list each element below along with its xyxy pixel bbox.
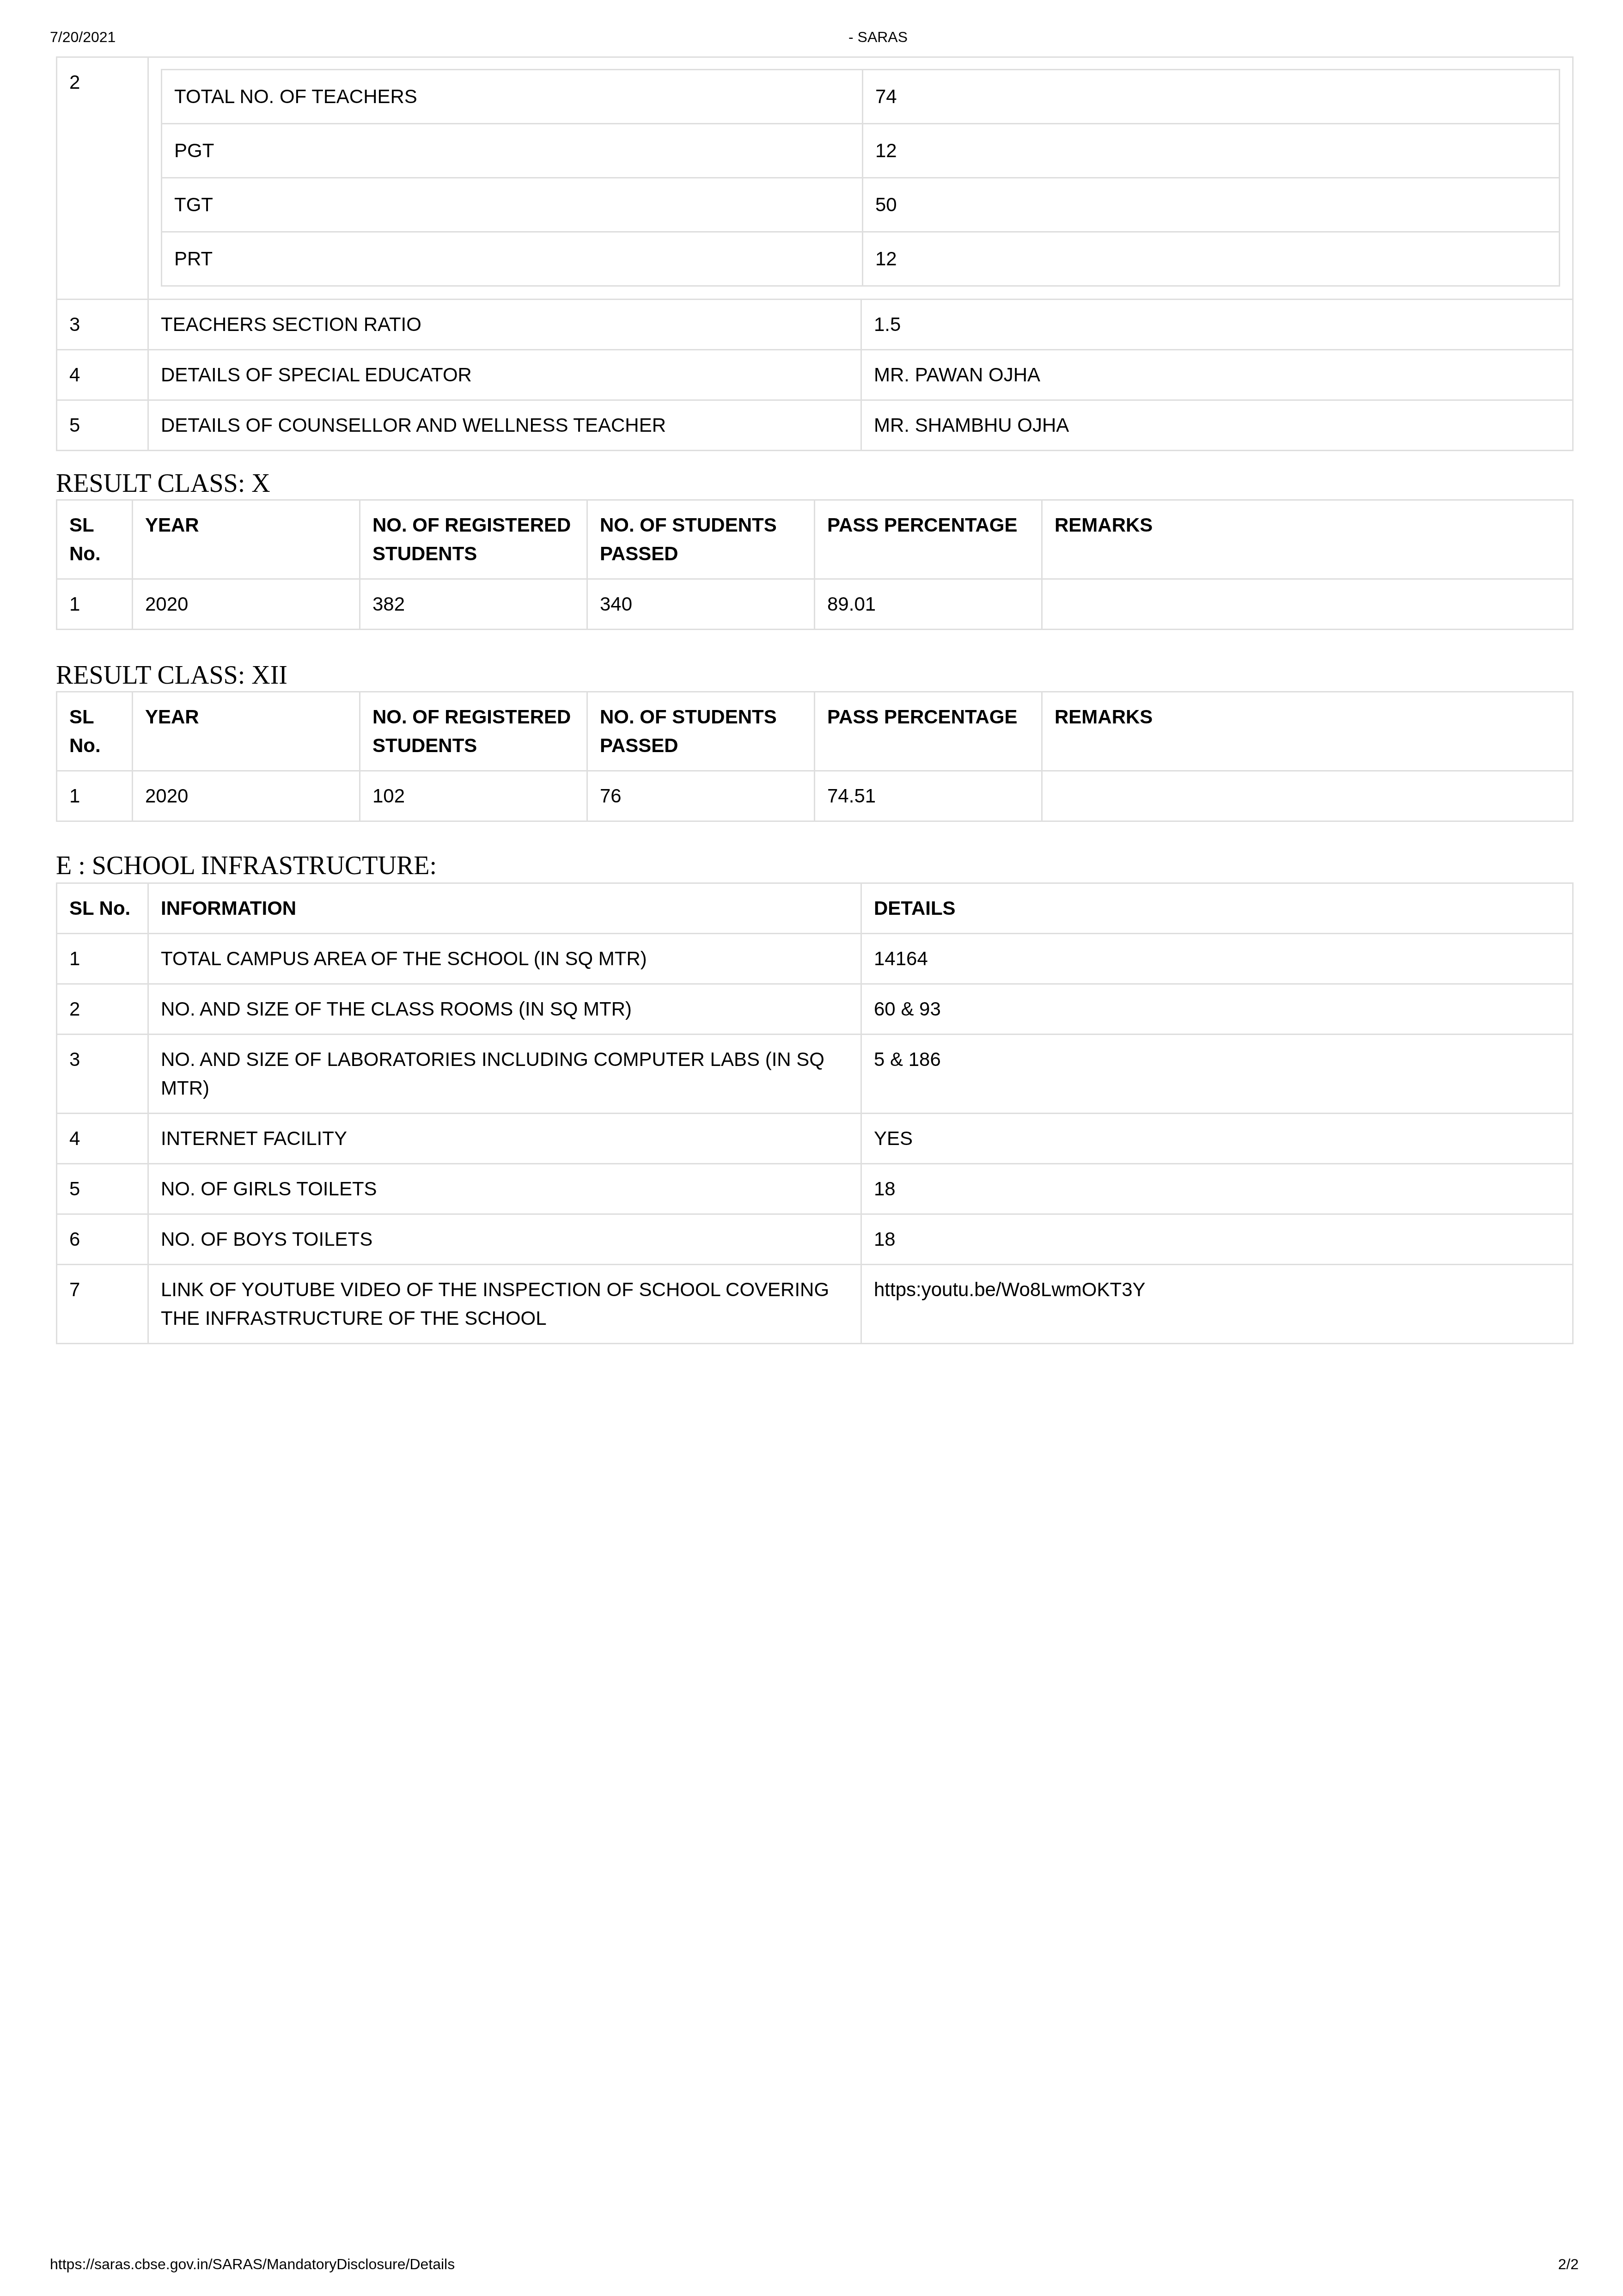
sl-cell: 5 [57, 400, 148, 451]
info-cell: TEACHERS SECTION RATIO [148, 300, 861, 350]
details-cell: https:youtu.be/Wo8LwmOKT3Y [861, 1265, 1573, 1344]
table-row: 7 LINK OF YOUTUBE VIDEO OF THE INSPECTIO… [57, 1265, 1573, 1344]
column-header: YEAR [133, 500, 360, 579]
label-cell: TGT [162, 178, 863, 232]
sl-cell: 4 [57, 1114, 148, 1164]
section-title-result-xii: RESULT CLASS: XII [56, 661, 287, 689]
section-title-infrastructure: E : SCHOOL INFRASTRUCTURE: [56, 852, 437, 880]
info-cell: NO. OF GIRLS TOILETS [148, 1164, 861, 1214]
value-cell: 74 [863, 70, 1560, 124]
teacher-count-cell: TOTAL NO. OF TEACHERS 74 PGT 12 TGT 50 [148, 57, 1573, 300]
details-cell: MR. SHAMBHU OJHA [861, 400, 1573, 451]
sl-cell: 1 [57, 771, 133, 821]
pass-percentage-cell: 74.51 [815, 771, 1042, 821]
details-cell: 1.5 [861, 300, 1573, 350]
column-header: NO. OF STUDENTS PASSED [587, 500, 815, 579]
sl-cell: 2 [57, 57, 148, 300]
column-header: REMARKS [1042, 692, 1573, 771]
details-cell: 5 & 186 [861, 1035, 1573, 1114]
column-header: SL No. [57, 500, 133, 579]
details-cell: 18 [861, 1164, 1573, 1214]
label-cell: PGT [162, 124, 863, 178]
label-cell: TOTAL NO. OF TEACHERS [162, 70, 863, 124]
youtube-video-link[interactable]: https:youtu.be/Wo8LwmOKT3Y [874, 1279, 1146, 1300]
page-number: 2/2 [1558, 2256, 1579, 2273]
column-header: YEAR [133, 692, 360, 771]
value-cell: 12 [863, 232, 1560, 286]
sl-cell: 3 [57, 300, 148, 350]
column-header: NO. OF REGISTERED STUDENTS [360, 692, 587, 771]
details-cell: 14164 [861, 934, 1573, 984]
table-row: 3 TEACHERS SECTION RATIO 1.5 [57, 300, 1573, 350]
table-row: 2 NO. AND SIZE OF THE CLASS ROOMS (IN SQ… [57, 984, 1573, 1035]
column-header: INFORMATION [148, 883, 861, 934]
table-row: 1 2020 382 340 89.01 [57, 579, 1573, 630]
registered-cell: 382 [360, 579, 587, 630]
remarks-cell [1042, 771, 1573, 821]
info-cell: TOTAL CAMPUS AREA OF THE SCHOOL (IN SQ M… [148, 934, 861, 984]
details-cell: MR. PAWAN OJHA [861, 350, 1573, 400]
sl-cell: 3 [57, 1035, 148, 1114]
table-row: 1 TOTAL CAMPUS AREA OF THE SCHOOL (IN SQ… [57, 934, 1573, 984]
table-row: TGT 50 [162, 178, 1560, 232]
details-cell: 60 & 93 [861, 984, 1573, 1035]
table-row: PGT 12 [162, 124, 1560, 178]
section-title-result-x: RESULT CLASS: X [56, 470, 270, 497]
result-xii-table: SL No. YEAR NO. OF REGISTERED STUDENTS N… [56, 691, 1574, 822]
details-cell: 18 [861, 1214, 1573, 1265]
info-cell: NO. AND SIZE OF THE CLASS ROOMS (IN SQ M… [148, 984, 861, 1035]
sl-cell: 5 [57, 1164, 148, 1214]
table-row: 4 INTERNET FACILITY YES [57, 1114, 1573, 1164]
teacher-count-table: TOTAL NO. OF TEACHERS 74 PGT 12 TGT 50 [161, 69, 1560, 287]
table-row: 6 NO. OF BOYS TOILETS 18 [57, 1214, 1573, 1265]
info-cell: NO. OF BOYS TOILETS [148, 1214, 861, 1265]
registered-cell: 102 [360, 771, 587, 821]
sl-cell: 2 [57, 984, 148, 1035]
details-cell: YES [861, 1114, 1573, 1164]
column-header: NO. OF STUDENTS PASSED [587, 692, 815, 771]
table-row: PRT 12 [162, 232, 1560, 286]
result-x-table: SL No. YEAR NO. OF REGISTERED STUDENTS N… [56, 499, 1574, 630]
column-header: SL No. [57, 692, 133, 771]
table-row: TOTAL NO. OF TEACHERS 74 [162, 70, 1560, 124]
column-header: PASS PERCENTAGE [815, 500, 1042, 579]
year-cell: 2020 [133, 771, 360, 821]
value-cell: 12 [863, 124, 1560, 178]
page-url: https://saras.cbse.gov.in/SARAS/Mandator… [50, 2256, 455, 2273]
table-row: 5 DETAILS OF COUNSELLOR AND WELLNESS TEA… [57, 400, 1573, 451]
column-header: SL No. [57, 883, 148, 934]
remarks-cell [1042, 579, 1573, 630]
info-cell: INTERNET FACILITY [148, 1114, 861, 1164]
column-header: PASS PERCENTAGE [815, 692, 1042, 771]
infrastructure-table: SL No. INFORMATION DETAILS 1 TOTAL CAMPU… [56, 882, 1574, 1344]
print-date: 7/20/2021 [50, 29, 116, 46]
column-header: DETAILS [861, 883, 1573, 934]
info-cell: DETAILS OF SPECIAL EDUCATOR [148, 350, 861, 400]
sl-cell: 1 [57, 579, 133, 630]
table-row: 4 DETAILS OF SPECIAL EDUCATOR MR. PAWAN … [57, 350, 1573, 400]
sl-cell: 1 [57, 934, 148, 984]
table-row: 3 NO. AND SIZE OF LABORATORIES INCLUDING… [57, 1035, 1573, 1114]
table-row: 5 NO. OF GIRLS TOILETS 18 [57, 1164, 1573, 1214]
sl-cell: 4 [57, 350, 148, 400]
column-header: NO. OF REGISTERED STUDENTS [360, 500, 587, 579]
info-cell: LINK OF YOUTUBE VIDEO OF THE INSPECTION … [148, 1265, 861, 1344]
label-cell: PRT [162, 232, 863, 286]
column-header: REMARKS [1042, 500, 1573, 579]
table-header-row: SL No. INFORMATION DETAILS [57, 883, 1573, 934]
staff-details-table: 2 TOTAL NO. OF TEACHERS 74 PGT 12 [56, 56, 1574, 451]
info-cell: NO. AND SIZE OF LABORATORIES INCLUDING C… [148, 1035, 861, 1114]
passed-cell: 340 [587, 579, 815, 630]
sl-cell: 6 [57, 1214, 148, 1265]
passed-cell: 76 [587, 771, 815, 821]
sl-cell: 7 [57, 1265, 148, 1344]
pass-percentage-cell: 89.01 [815, 579, 1042, 630]
info-cell: DETAILS OF COUNSELLOR AND WELLNESS TEACH… [148, 400, 861, 451]
table-row: 1 2020 102 76 74.51 [57, 771, 1573, 821]
table-header-row: SL No. YEAR NO. OF REGISTERED STUDENTS N… [57, 692, 1573, 771]
table-header-row: SL No. YEAR NO. OF REGISTERED STUDENTS N… [57, 500, 1573, 579]
page-title: - SARAS [848, 29, 908, 46]
year-cell: 2020 [133, 579, 360, 630]
table-row: 2 TOTAL NO. OF TEACHERS 74 PGT 12 [57, 57, 1573, 300]
value-cell: 50 [863, 178, 1560, 232]
